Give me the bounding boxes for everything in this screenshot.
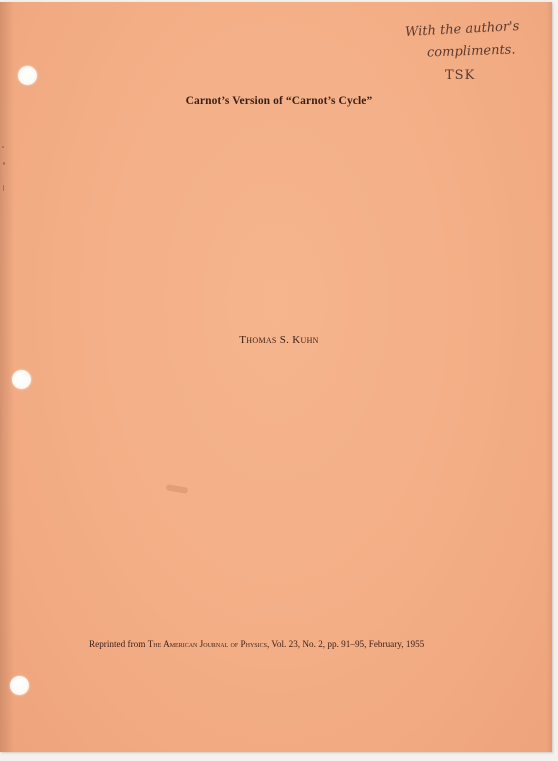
journal-name: The American Journal of Physics — [148, 639, 267, 649]
paper-speck — [3, 162, 5, 165]
inscription-line: With the author's — [405, 17, 520, 42]
reprint-citation: Reprinted from The American Journal of P… — [89, 639, 469, 649]
paper-speck — [2, 146, 4, 148]
paper-speck — [3, 185, 4, 191]
paper-smudge — [166, 484, 189, 494]
punch-hole — [18, 66, 37, 85]
inscription-line: compliments. — [427, 40, 516, 62]
inscription-initials: TSK — [445, 66, 475, 85]
reprint-details: , Vol. 23, No. 2, pp. 91–95, February, 1… — [267, 639, 424, 649]
punch-hole — [10, 676, 29, 695]
document-title: Carnot’s Version of “Carnot’s Cycle” — [0, 95, 558, 107]
author-name: Thomas S. Kuhn — [0, 334, 558, 346]
punch-hole — [12, 370, 31, 389]
reprint-prefix: Reprinted from — [89, 639, 148, 649]
